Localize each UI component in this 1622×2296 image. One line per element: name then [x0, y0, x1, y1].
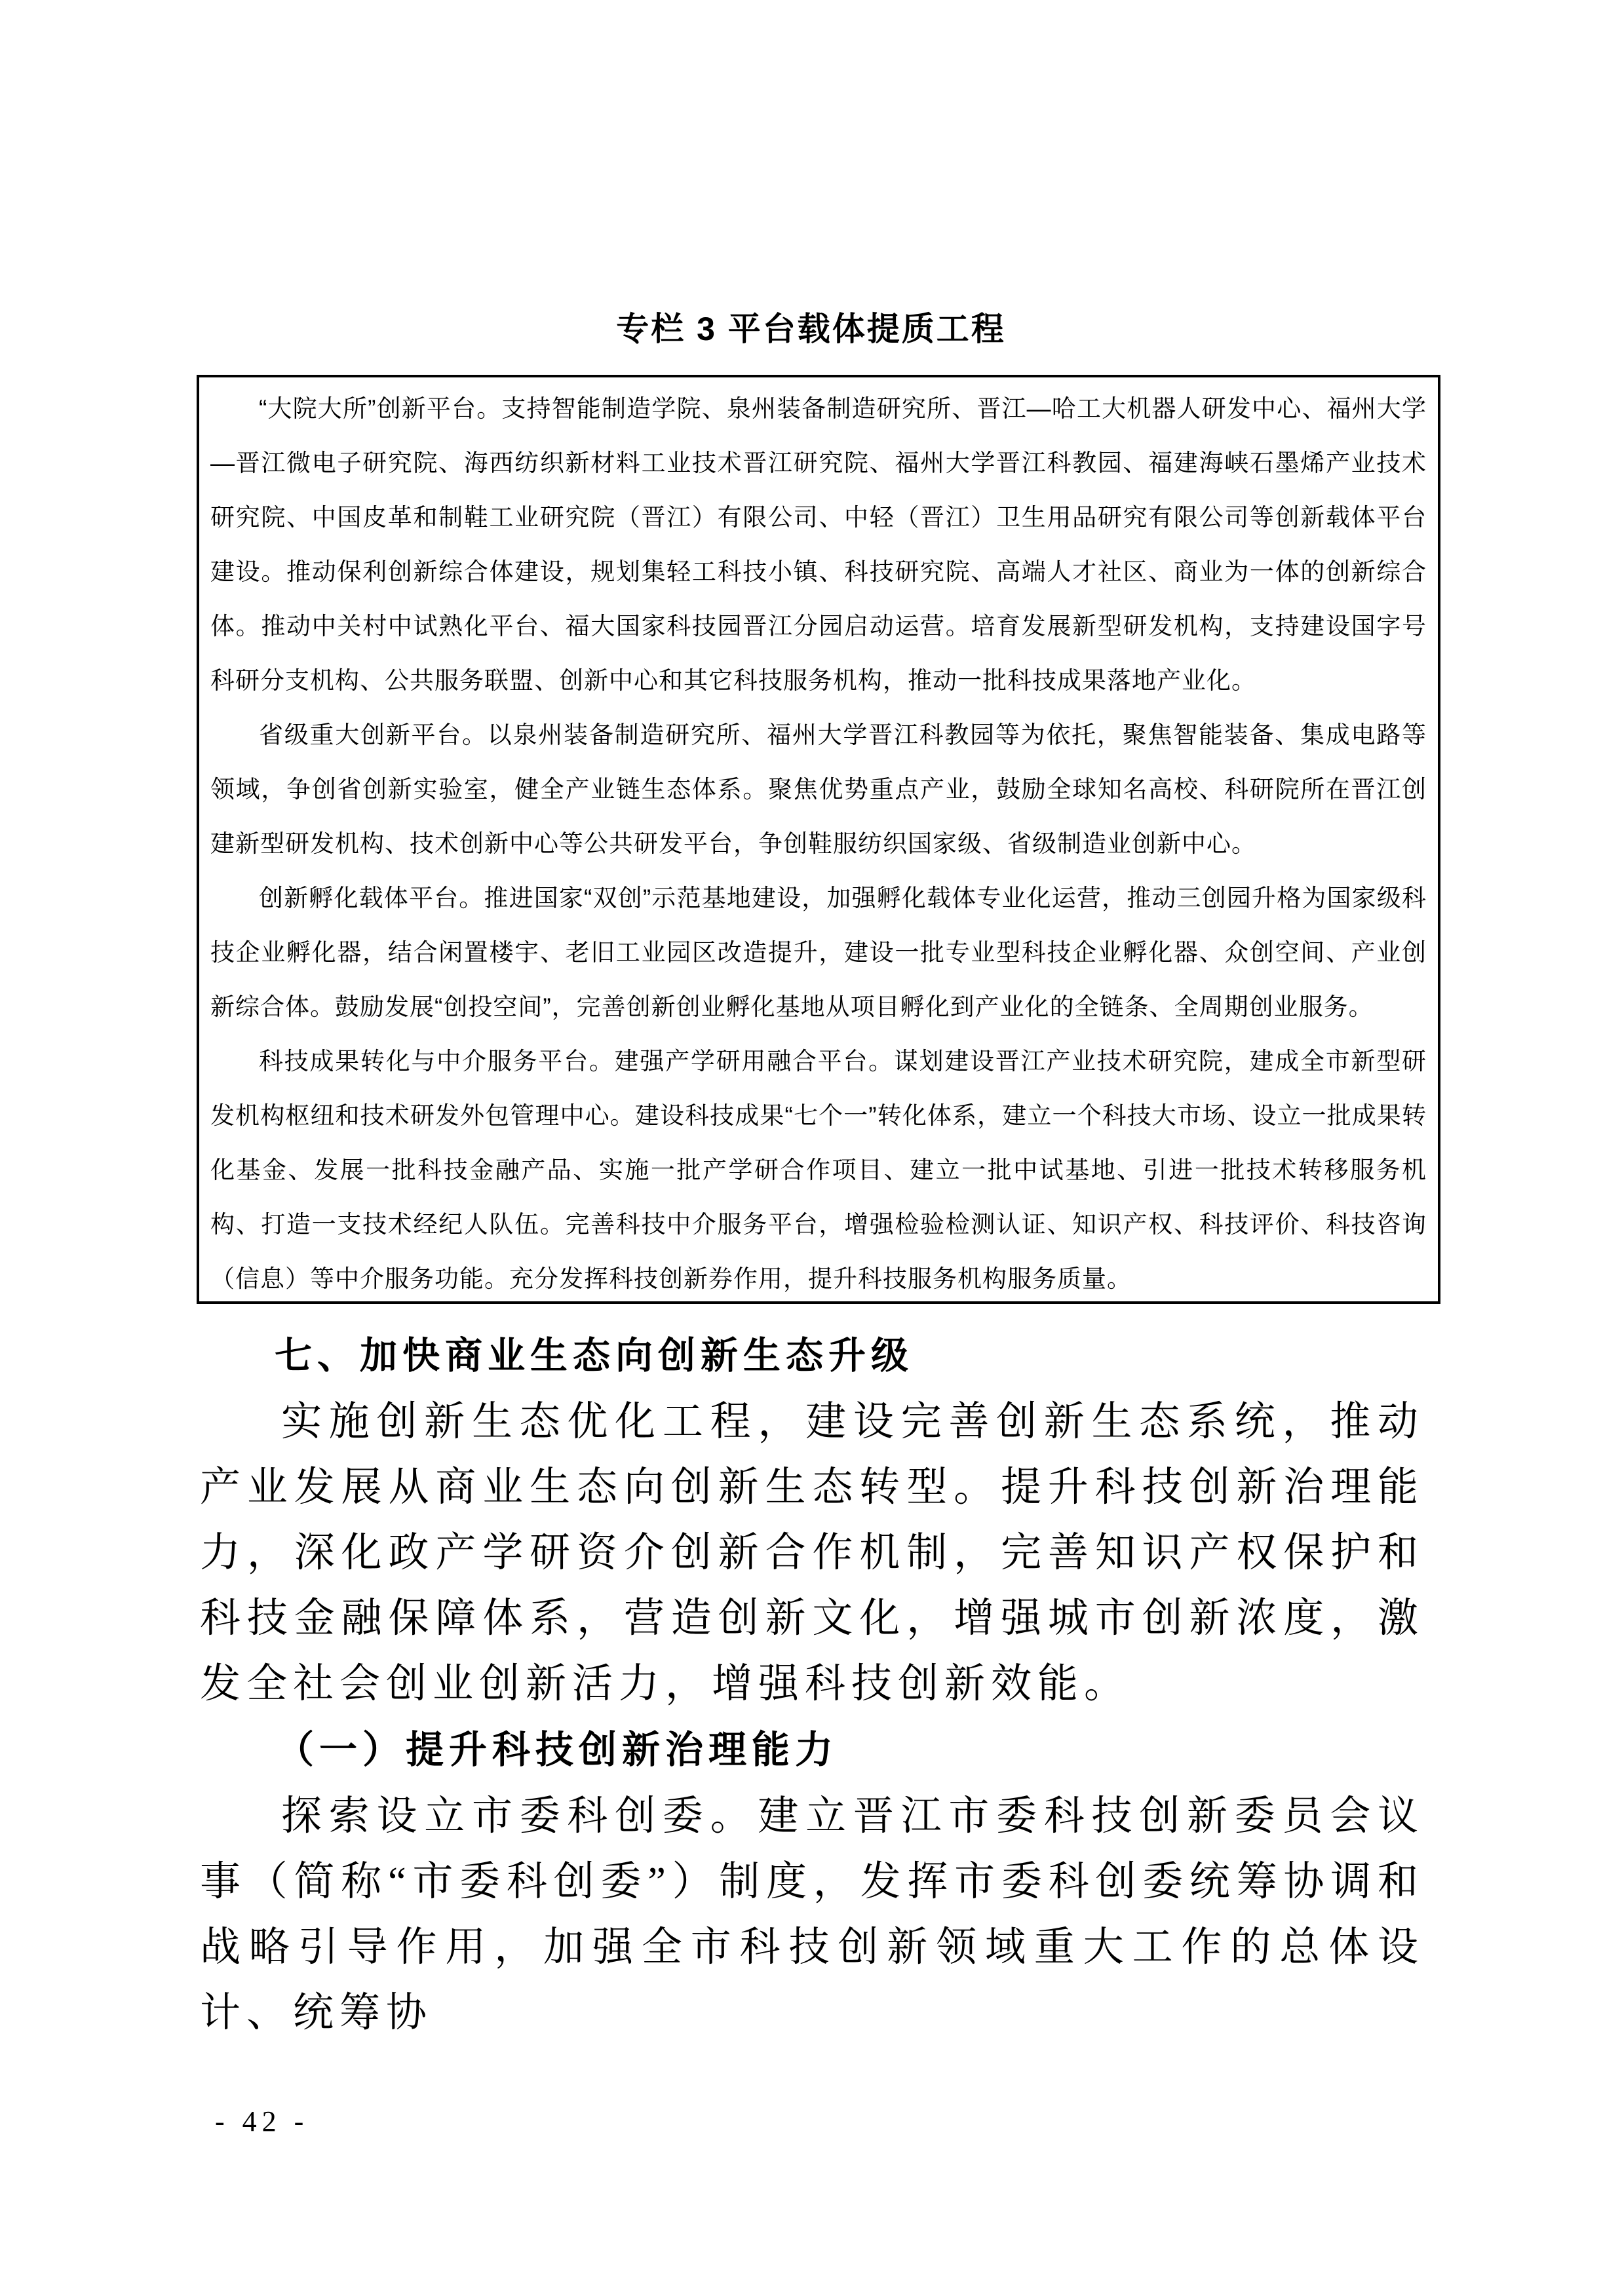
document-page: 专栏 3 平台载体提质工程 “大院大所”创新平台。支持智能制造学院、泉州装备制造…: [0, 0, 1622, 2296]
subsection-heading: （一）提升科技创新治理能力: [200, 1717, 1424, 1784]
box-paragraph-platform-institutes: “大院大所”创新平台。支持智能制造学院、泉州装备制造研究所、晋江—哈工大机器人研…: [210, 381, 1427, 708]
page-number: - 42 -: [215, 2105, 309, 2138]
body-paragraph-ecosystem: 实施创新生态优化工程，建设完善创新生态系统，推动产业发展从商业生态向创新生态转型…: [200, 1389, 1424, 1717]
body-paragraph-governance: 探索设立市委科创委。建立晋江市委科技创新委员会议事（简称“市委科创委”）制度，发…: [200, 1784, 1424, 2046]
box-paragraph-transfer-platform: 科技成果转化与中介服务平台。建强产学研用融合平台。谋划建设晋江产业技术研究院，建…: [210, 1034, 1427, 1304]
section-heading: 七、加快商业生态向创新生态升级: [200, 1322, 1424, 1389]
highlight-box: “大院大所”创新平台。支持智能制造学院、泉州装备制造研究所、晋江—哈工大机器人研…: [197, 375, 1440, 1304]
main-text-block: 七、加快商业生态向创新生态升级 实施创新生态优化工程，建设完善创新生态系统，推动…: [200, 1322, 1424, 2046]
box-paragraph-provincial-platform: 省级重大创新平台。以泉州装备制造研究所、福州大学晋江科教园等为依托，聚焦智能装备…: [210, 708, 1427, 871]
box-paragraph-incubation-platform: 创新孵化载体平台。推进国家“双创”示范基地建设，加强孵化载体专业化运营，推动三创…: [210, 871, 1427, 1034]
box-title: 专栏 3 平台载体提质工程: [0, 303, 1622, 350]
